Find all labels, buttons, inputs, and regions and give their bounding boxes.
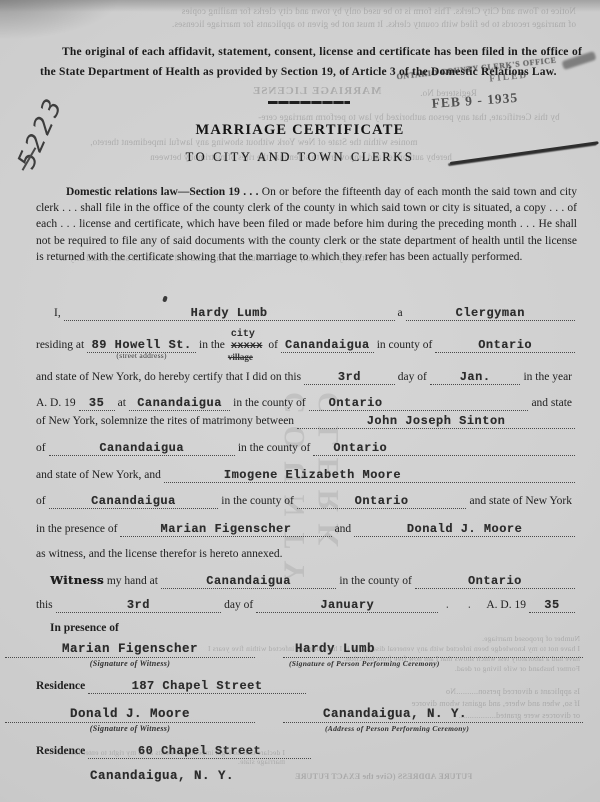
ceremony-month-field: Jan.	[430, 370, 521, 385]
witness1-signature-block: Marian Figenscher (Signature of Witness)	[5, 642, 255, 668]
officiant-signature-caption: (Signature of Person Performing Ceremony…	[283, 658, 583, 668]
section19-paragraph: Domestic relations law—Section 19 . . . …	[36, 184, 577, 266]
bleedthrough-license-title: MARRIAGE LICENSE	[252, 85, 381, 97]
label-of-3: of	[36, 495, 49, 507]
label-and-state: and state	[528, 397, 575, 409]
groom-county-field: Ontario	[313, 441, 575, 456]
label-in-county-of-4: in the county of	[218, 495, 297, 507]
form-line-year-place: A. D. 19 35 at Canandaigua in the county…	[36, 396, 575, 411]
label-in-the-year: in the year	[520, 371, 575, 383]
signed-place-field: Canandaigua	[161, 574, 336, 589]
ceremony-year-field: 35	[79, 396, 115, 411]
city-town-village-stack: city xxxxx village	[228, 339, 266, 352]
label-and-state-ny: and state of New York, and	[36, 469, 164, 481]
witness2-signature-block: Donald J. Moore (Signature of Witness)	[5, 707, 255, 733]
form-line-groom: of New York, solemnize the rites of matr…	[36, 414, 575, 429]
label-in-county-of-3: in the county of	[235, 442, 314, 454]
residence2-label: Residence	[36, 745, 88, 757]
bleedthrough-future-address: FUTURE ADDRESS (Give the EXACT FUTURE	[295, 772, 472, 781]
bride-place-field: Canandaigua	[49, 494, 219, 509]
officiant-address-caption: (Address of Person Performing Ceremony)	[283, 723, 583, 733]
label-ad19: A. D. 19	[36, 397, 79, 409]
officiant-place-field: Canandaigua	[281, 338, 374, 353]
officiant-occupation-field: Clergyman	[406, 306, 575, 321]
bleedthrough-notice-line2: of marriage records to be filed with cou…	[28, 19, 576, 29]
residence1-line: Residence 187 Chapel Street	[36, 679, 306, 694]
title-divider	[268, 101, 350, 104]
bleedthrough-divorce-line1: Is applicant a divorced person..........…	[295, 686, 580, 698]
label-in-county-of-2: in the county of	[230, 397, 309, 409]
witness1-signature-caption: (Signature of Witness)	[5, 658, 255, 668]
label-in-county-of: in county of	[374, 339, 436, 351]
residence1-label: Residence	[36, 680, 88, 692]
signed-month-field: January	[256, 598, 438, 613]
street-address-wrap: 89 Howell St. (street address)	[87, 338, 196, 353]
label-and-state-ny-2: and state of New York	[466, 495, 575, 507]
marriage-certificate-scan: Notice to Town and City Clerks. This for…	[0, 0, 600, 802]
officiant-address: Canandaigua, N. Y.	[283, 707, 583, 723]
form-line-bride-place: of Canandaigua in the county of Ontario …	[36, 494, 575, 509]
witness2-field: Donald J. Moore	[354, 522, 575, 537]
form-line-bride: and state of New York, and Imogene Eliza…	[36, 468, 575, 483]
signed-day-field: 3rd	[56, 598, 222, 613]
ceremony-day-field: 3rd	[304, 370, 395, 385]
label-of: of	[265, 339, 281, 351]
struck-village-option: village	[228, 352, 253, 362]
label-solemnize: of New York, solemnize the rites of matr…	[36, 415, 297, 427]
officiant-county-field: Ontario	[435, 338, 575, 353]
stamp-date-line: FEB 9 - 1935	[431, 85, 595, 112]
label-a: a	[395, 307, 406, 319]
officiant-address-block: Canandaigua, N. Y. (Address of Person Pe…	[283, 707, 583, 733]
officiant-name-field: Hardy Lumb	[64, 306, 395, 321]
form-line-witnesses: in the presence of Marian Figenscher and…	[36, 522, 575, 537]
witness2-signature-caption: (Signature of Witness)	[5, 723, 255, 733]
ceremony-county-field: Ontario	[309, 396, 529, 411]
label-my-hand-at: my hand at	[107, 575, 161, 587]
label-day-of: day of	[395, 371, 430, 383]
witness2-signature: Donald J. Moore	[5, 707, 255, 723]
officiant-signature: Hardy Lumb	[283, 642, 583, 658]
form-line-residence: residing at 89 Howell St. (street addres…	[36, 338, 575, 353]
residence2-line: Residence 60 Chapel Street	[36, 744, 311, 759]
residence2-field: 60 Chapel Street	[88, 744, 311, 759]
street-address-caption: (street address)	[87, 351, 196, 360]
label-witness-gothic: Witness	[50, 573, 107, 587]
label-day-of-2: day of	[221, 599, 256, 611]
witness1-signature: Marian Figenscher	[5, 642, 255, 658]
bride-county-field: Ontario	[297, 494, 467, 509]
bride-name-field: Imogene Elizabeth Moore	[164, 468, 575, 483]
label-i: I,	[54, 307, 64, 319]
label-residing-at: residing at	[36, 339, 87, 351]
label-at: at	[115, 397, 129, 409]
document-subtitle: TO CITY AND TOWN CLERKS	[0, 150, 600, 165]
label-and: and	[332, 523, 355, 535]
label-in-the: in the	[196, 339, 228, 351]
label-this: this	[36, 599, 56, 611]
struck-out-word: xxxxx	[231, 340, 263, 352]
stray-typed-dots: . .	[438, 601, 483, 612]
form-line-annexed: as witness, and the license therefor is …	[36, 548, 575, 560]
signed-year-field: 35	[529, 598, 575, 613]
groom-place-field: Canandaigua	[49, 441, 235, 456]
form-line-signed-date: this 3rd day of January . . A. D. 19 35	[36, 598, 575, 613]
section19-lead: Domestic relations law—Section 19 . . .	[66, 186, 258, 198]
officiant-signature-block: Hardy Lumb (Signature of Person Performi…	[283, 642, 583, 668]
label-annexed: as witness, and the license therefor is …	[36, 548, 286, 560]
document-title: MARRIAGE CERTIFICATE	[0, 122, 600, 139]
form-line-witness-hand: Witness my hand at Canandaigua in the co…	[36, 573, 575, 589]
ceremony-place-field: Canandaigua	[129, 396, 230, 411]
label-ad19-2: A. D. 19	[483, 599, 529, 611]
label-in-county-of-5: in the county of	[336, 575, 415, 587]
filing-notice-paragraph: The original of each affidavit, statemen…	[40, 42, 582, 82]
groom-name-field: John Joseph Sinton	[297, 414, 575, 429]
label-in-presence-of: In presence of	[50, 622, 122, 634]
bleedthrough-notice-line1: Notice to Town and City Clerks. This for…	[28, 6, 576, 16]
form-line-groom-place: of Canandaigua in the county of Ontario	[36, 441, 575, 456]
typed-city-correction: city	[231, 329, 255, 340]
residence1-field: 187 Chapel Street	[88, 679, 306, 694]
form-line-officiant: I, Hardy Lumb a Clergyman	[36, 306, 575, 321]
form-line-date: and state of New York, do hereby certify…	[36, 370, 575, 385]
label-of-2: of	[36, 442, 49, 454]
label-in-presence: in the presence of	[36, 523, 120, 535]
ink-mark	[162, 296, 168, 303]
residence2-city: Canandaigua, N. Y.	[90, 769, 234, 783]
witness1-field: Marian Figenscher	[120, 522, 331, 537]
label-certify: and state of New York, do hereby certify…	[36, 371, 304, 383]
signed-county-field: Ontario	[415, 574, 575, 589]
form-line-in-presence-of: In presence of	[50, 622, 570, 634]
